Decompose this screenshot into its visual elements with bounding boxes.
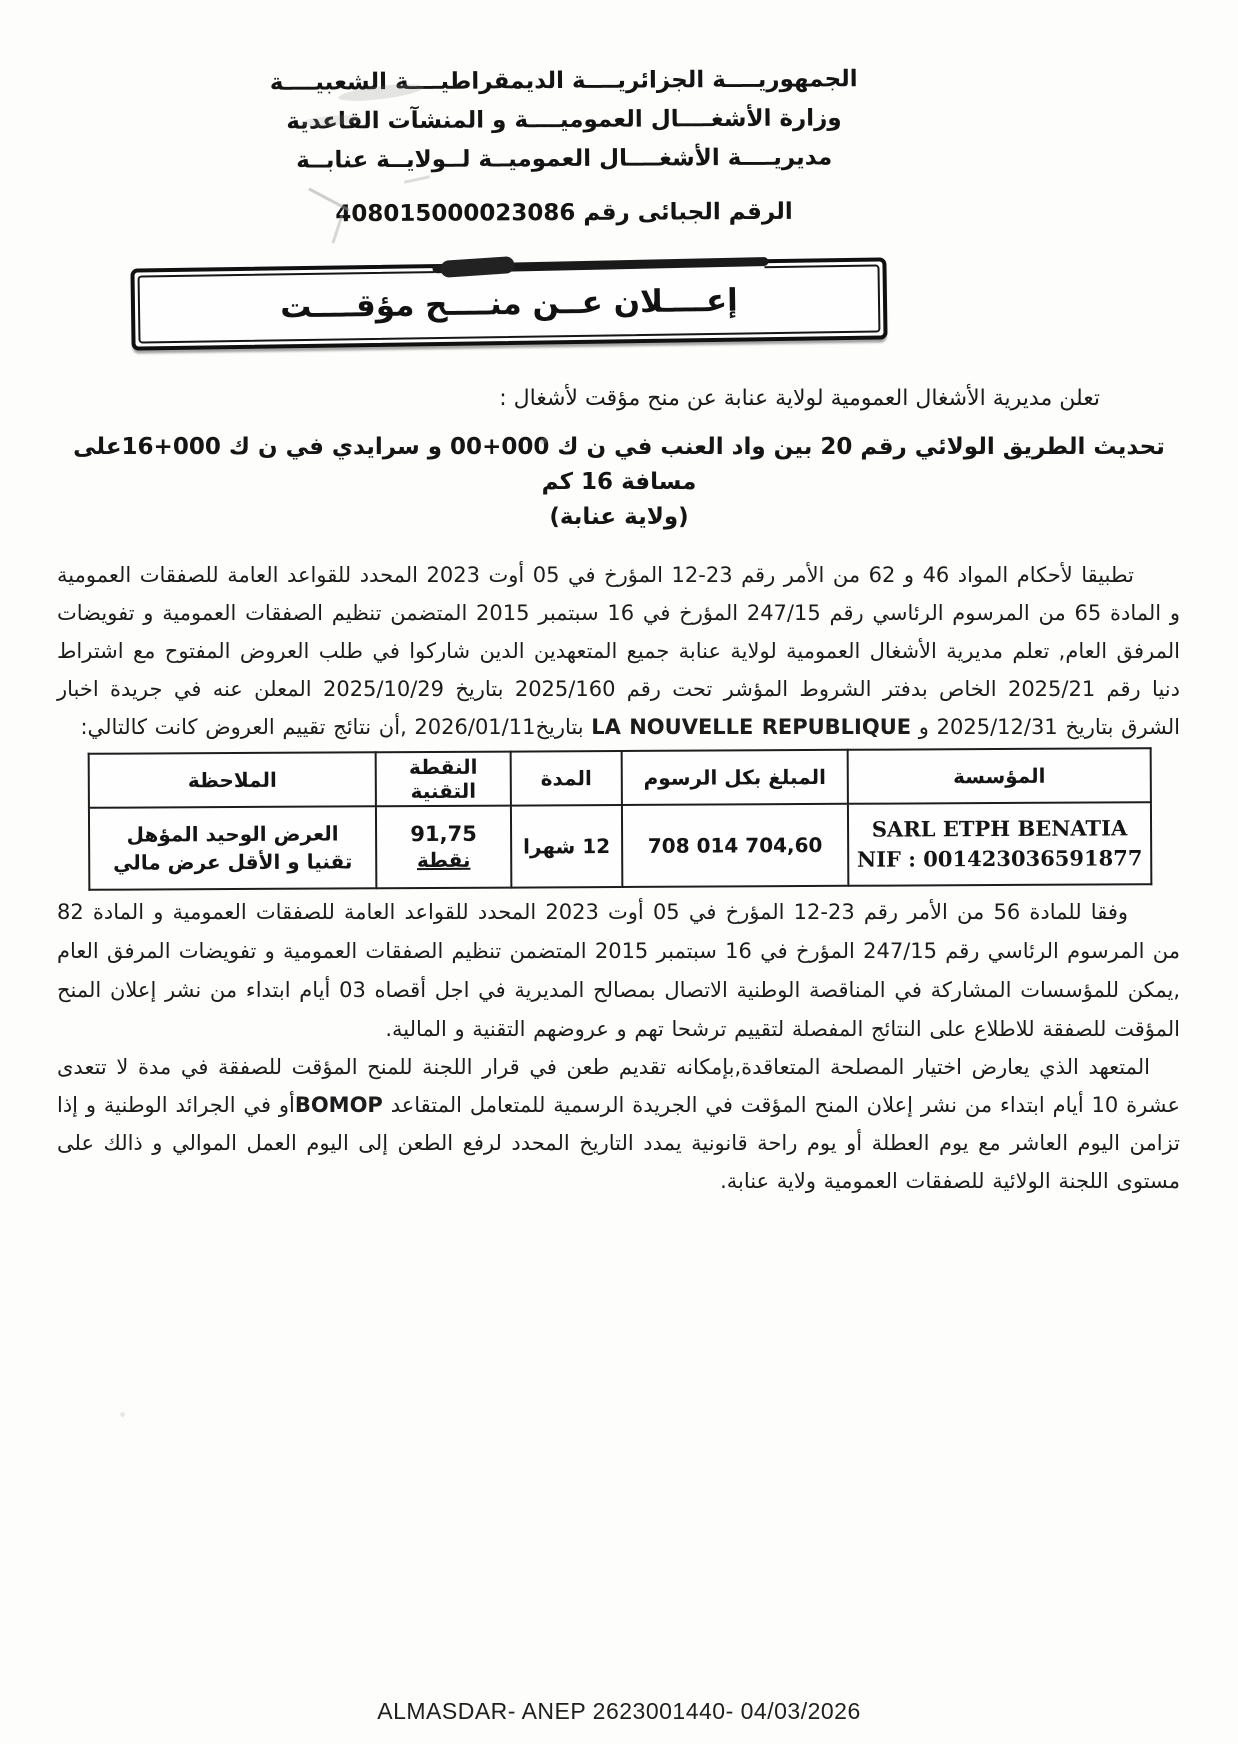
project-title: تحديث الطريق الولائي رقم 20 بين واد العن… (58, 430, 1180, 535)
scan-artifact (120, 1412, 125, 1417)
project-title-line2: (ولاية عنابة) (58, 500, 1180, 535)
remark-line1: العرض الوحيد المؤهل (94, 819, 371, 848)
announcement-title-box: إعــــلان عــن منــــح مؤقــــت (130, 257, 887, 350)
header-duration: المدة (511, 751, 622, 806)
winner-row: SARL ETPH BENATIA NIF : 001423036591877 … (89, 802, 1151, 890)
official-header: الجمهوريــــة الجزائريــــة الديمقراطيــ… (0, 59, 1128, 183)
duration-cell: 12 شهرا (511, 805, 622, 888)
scanned-announcement-page: الجمهوريــــة الجزائريــــة الديمقراطيــ… (0, 0, 1238, 1744)
table-header-row: المؤسسة المبلغ بكل الرسوم المدة النقطة ا… (89, 748, 1151, 808)
remark-cell: العرض الوحيد المؤهل تقنيا و الأقل عرض ما… (89, 806, 376, 890)
header-remark: الملاحظة (89, 752, 376, 808)
header-technical-score: النقطة التقنية (376, 752, 511, 807)
newspaper-name: LA NOUVELLE REPUBLIQUE (591, 715, 911, 739)
company-nif: NIF : 001423036591877 (853, 843, 1146, 875)
directorate-line: مديريــــة الأشغــــال العموميــة لــولا… (0, 137, 1128, 183)
footer-anep-line: ALMASDAR- ANEP 2623001440- 04/03/2026 (0, 1698, 1238, 1725)
company-cell: SARL ETPH BENATIA NIF : 001423036591877 (848, 802, 1151, 886)
score-value: 91,75 (381, 821, 506, 848)
company-name: SARL ETPH BENATIA (853, 813, 1146, 845)
score-unit: نقطة (381, 847, 506, 874)
results-table: المؤسسة المبلغ بكل الرسوم المدة النقطة ا… (88, 747, 1153, 891)
bulletin-name: BOMOP (295, 1093, 383, 1117)
project-title-line1: تحديث الطريق الولائي رقم 20 بين واد العن… (58, 430, 1180, 500)
remark-line2: تقنيا و الأقل عرض مالي (94, 847, 371, 876)
amount-value: 708 014 704,60 (648, 833, 823, 858)
score-cell: 91,75 نقطة (376, 806, 511, 889)
paragraph1-text-before: تطبيقا لأحكام المواد 46 و 62 من الأمر رق… (57, 563, 1180, 739)
amount-cell: 708 014 704,60 (622, 804, 848, 887)
intro-line: تعلن مديرية الأشغال العمومية لولاية عناب… (58, 386, 1100, 411)
tax-number-line: الرقم الجبائى رقم 408015000023086 (0, 197, 1128, 229)
legal-paragraph-1: تطبيقا لأحكام المواد 46 و 62 من الأمر رق… (57, 556, 1180, 746)
header-amount: المبلغ بكل الرسوم (622, 750, 848, 805)
title-box-inner-border: إعــــلان عــن منــــح مؤقــــت (138, 265, 881, 344)
paragraph1-text-after: بتاريخ2026/01/11 ,أن نتائج تقييم العروض … (80, 715, 591, 739)
header-company: المؤسسة (848, 748, 1151, 804)
appeal-paragraph: المتعهد الذي يعارض اختيار المصلحة المتعا… (57, 1048, 1180, 1200)
announcement-title: إعــــلان عــن منــــح مؤقــــت (280, 283, 738, 326)
legal-paragraph-2: وفقا للمادة 56 من الأمر رقم 23-12 المؤرخ… (57, 893, 1180, 1049)
ministry-line: وزارة الأشغــــال العموميــــة و المنشآت… (0, 98, 1128, 144)
republic-line: الجمهوريــــة الجزائريــــة الديمقراطيــ… (0, 59, 1128, 105)
